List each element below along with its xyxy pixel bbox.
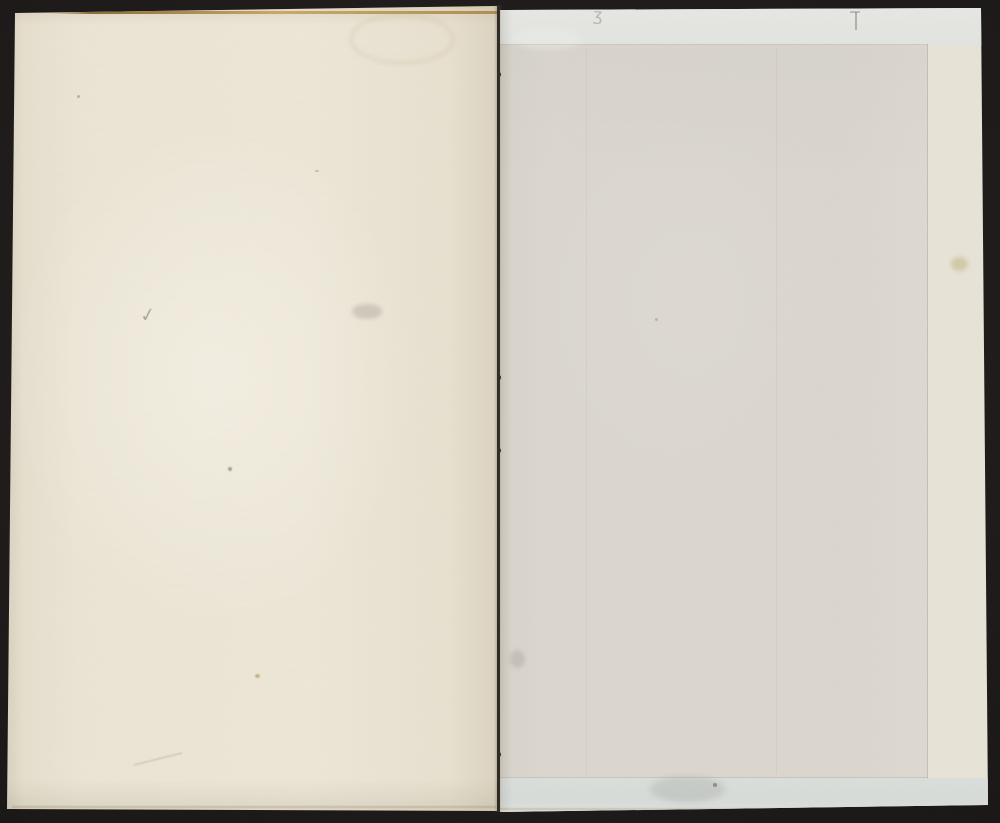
left-page-paper-fibers [7,5,497,811]
stitch-hole [497,375,501,380]
stitch-hole [497,448,501,453]
right-page-top-band [498,8,989,46]
stitch-hole [497,72,501,77]
right-page-bottom-band [498,778,989,812]
book-scan: ✓ ʒ [0,0,1000,823]
gilt-top-edge [50,11,497,14]
tissue-interleaf [498,44,928,778]
stitch-hole [497,752,501,757]
gutter-shadow [494,5,502,812]
